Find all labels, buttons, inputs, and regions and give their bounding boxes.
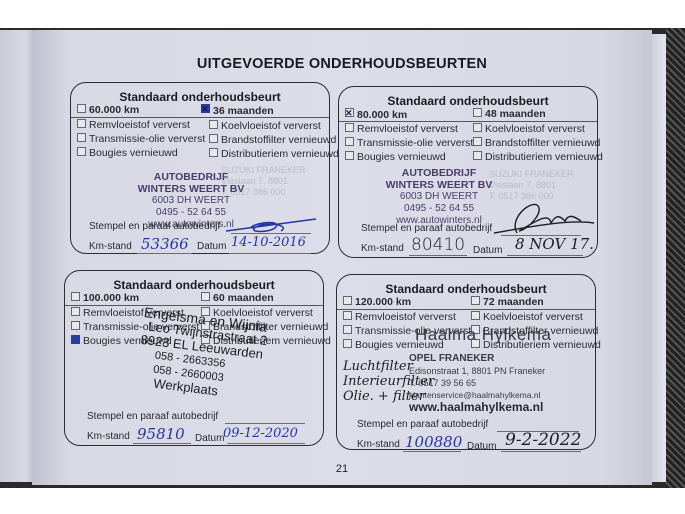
checkbox-icon[interactable]: [343, 296, 352, 305]
divider: [71, 117, 329, 118]
date-value[interactable]: 09-12-2020: [223, 426, 298, 441]
checkbox-icon[interactable]: [71, 321, 80, 330]
item-fuel-filter[interactable]: Brandstoffilter vernieuwd: [209, 134, 336, 146]
signature: [489, 199, 599, 239]
months-option[interactable]: 72 maanden: [471, 296, 544, 308]
checkbox-icon[interactable]: [473, 137, 482, 146]
checkbox-icon[interactable]: [345, 123, 354, 132]
checked-checkbox-icon[interactable]: [71, 335, 80, 344]
stamp-label: Stempel en paraaf autobedrijf: [357, 419, 488, 430]
checkbox-icon[interactable]: [471, 311, 480, 320]
book-cover-edge: [666, 28, 685, 488]
date-label: Datum: [195, 433, 224, 444]
divider: [339, 121, 597, 122]
date-field-line: [507, 255, 583, 256]
date-value[interactable]: 9-2-2022: [505, 430, 581, 450]
checkbox-icon[interactable]: [471, 296, 480, 305]
entry-heading: Standaard onderhoudsbeurt: [339, 94, 597, 108]
garage-stamp: AUTOBEDRIJF WINTERS WEERT BV 6003 DH WEE…: [379, 167, 499, 227]
stamp-label: Stempel en paraaf autobedrijf: [361, 223, 492, 234]
signature-line: [225, 423, 305, 424]
service-entry-2: Standaard onderhoudsbeurt 80.000 km 48 m…: [338, 86, 598, 258]
item-brake-fluid[interactable]: Remvloeistof ververst: [345, 123, 458, 135]
date-label: Datum: [467, 441, 496, 452]
checkbox-icon[interactable]: [209, 134, 218, 143]
checkbox-icon[interactable]: [473, 151, 482, 160]
checkbox-icon[interactable]: [473, 123, 482, 132]
checkbox-icon[interactable]: [77, 119, 86, 128]
km-field-line: [403, 451, 461, 452]
months-option[interactable]: 36 maanden: [201, 104, 274, 117]
item-timing-belt[interactable]: Distributieriem vernieuwd: [473, 151, 603, 163]
divider: [337, 309, 595, 310]
left-page-edge: [0, 30, 36, 482]
garage-stamp: Engelsma en Wijnia Leo Twijnstrastraat 2…: [135, 305, 270, 404]
right-page-stack: [652, 34, 666, 482]
km-field-line: [133, 443, 191, 444]
item-coolant[interactable]: Koelvloeistof ververst: [473, 123, 585, 135]
checkbox-icon[interactable]: [201, 292, 210, 301]
service-entry-1: Standaard onderhoudsbeurt 60.000 km 36 m…: [70, 82, 330, 254]
km-option[interactable]: 80.000 km: [345, 108, 407, 121]
handwritten-notes: Luchtfilter Interieurfilter Olie. + filt…: [343, 359, 434, 404]
checked-checkbox-icon[interactable]: [345, 108, 354, 117]
date-label: Datum: [473, 245, 502, 256]
signature: [221, 215, 321, 237]
item-spark-plugs[interactable]: Bougies vernieuwd: [345, 151, 446, 163]
km-label: Km-stand: [87, 431, 130, 442]
km-label: Km-stand: [357, 439, 400, 450]
date-value[interactable]: 8 NOV 17.: [515, 235, 594, 253]
date-field-line: [227, 443, 305, 444]
service-entry-4: Standaard onderhoudsbeurt 120.000 km 72 …: [336, 274, 596, 450]
km-option[interactable]: 100.000 km: [71, 292, 139, 304]
item-spark-plugs[interactable]: Bougies vernieuwd: [77, 147, 178, 159]
date-field-line: [229, 253, 311, 254]
km-field-line: [137, 253, 192, 254]
km-stand-value[interactable]: 80410: [411, 235, 465, 255]
km-label: Km-stand: [89, 241, 132, 252]
months-option[interactable]: 48 maanden: [473, 108, 546, 120]
checkbox-icon[interactable]: [209, 120, 218, 129]
checkbox-icon[interactable]: [343, 325, 352, 334]
page-number: 21: [32, 463, 652, 475]
km-label: Km-stand: [361, 243, 404, 254]
show-through-text: SUZUKI FRANEKERVlaslaan 7, 8801T. 0517 3…: [489, 169, 574, 202]
checkbox-icon[interactable]: [77, 133, 86, 142]
page-title: UITGEVOERDE ONDERHOUDSBEURTEN: [32, 56, 652, 72]
checkbox-icon[interactable]: [345, 151, 354, 160]
km-option[interactable]: 60.000 km: [77, 104, 139, 116]
date-field-line: [501, 451, 581, 452]
maintenance-log-page: UITGEVOERDE ONDERHOUDSBEURTEN Standaard …: [32, 30, 652, 485]
km-option[interactable]: 120.000 km: [343, 296, 411, 308]
checked-checkbox-icon[interactable]: [201, 104, 210, 113]
item-transmission-oil[interactable]: Transmissie-olie ververst: [345, 137, 473, 149]
checkbox-icon[interactable]: [343, 339, 352, 348]
date-value[interactable]: 14-10-2016: [231, 235, 306, 250]
entry-heading: Standaard onderhoudsbeurt: [71, 90, 329, 104]
km-stand-value[interactable]: 95810: [137, 425, 185, 443]
item-brake-fluid[interactable]: Remvloeistof ververst: [343, 311, 456, 323]
item-fuel-filter[interactable]: Brandstoffilter vernieuwd: [473, 137, 600, 149]
km-field-line: [409, 255, 467, 256]
dealer-brand-logo: Haalma Hylkema: [415, 325, 551, 345]
checkbox-icon[interactable]: [345, 137, 354, 146]
entry-heading: Standaard onderhoudsbeurt: [65, 278, 323, 292]
item-brake-fluid[interactable]: Remvloeistof ververst: [77, 119, 190, 131]
checkbox-icon[interactable]: [71, 307, 80, 316]
checkbox-icon[interactable]: [77, 104, 86, 113]
service-entry-3: Standaard onderhoudsbeurt 100.000 km 60 …: [64, 270, 324, 446]
divider: [65, 305, 323, 306]
km-stand-value[interactable]: 100880: [405, 433, 462, 451]
checkbox-icon[interactable]: [71, 292, 80, 301]
checkbox-icon[interactable]: [209, 148, 218, 157]
checkbox-icon[interactable]: [473, 108, 482, 117]
checkbox-icon[interactable]: [77, 147, 86, 156]
checkbox-icon[interactable]: [343, 311, 352, 320]
date-label: Datum: [197, 241, 226, 252]
item-timing-belt[interactable]: Distributieriem vernieuwd: [209, 148, 339, 160]
months-option[interactable]: 60 maanden: [201, 292, 274, 304]
stamp-label: Stempel en paraaf autobedrijf: [89, 221, 220, 232]
entry-heading: Standaard onderhoudsbeurt: [337, 282, 595, 296]
km-stand-value[interactable]: 53366: [141, 235, 189, 253]
item-coolant[interactable]: Koelvloeistof ververst: [209, 120, 321, 132]
item-coolant[interactable]: Koelvloeistof ververst: [471, 311, 583, 323]
item-transmission-oil[interactable]: Transmissie-olie ververst: [77, 133, 205, 145]
stamp-label: Stempel en paraaf autobedrijf: [87, 411, 218, 422]
